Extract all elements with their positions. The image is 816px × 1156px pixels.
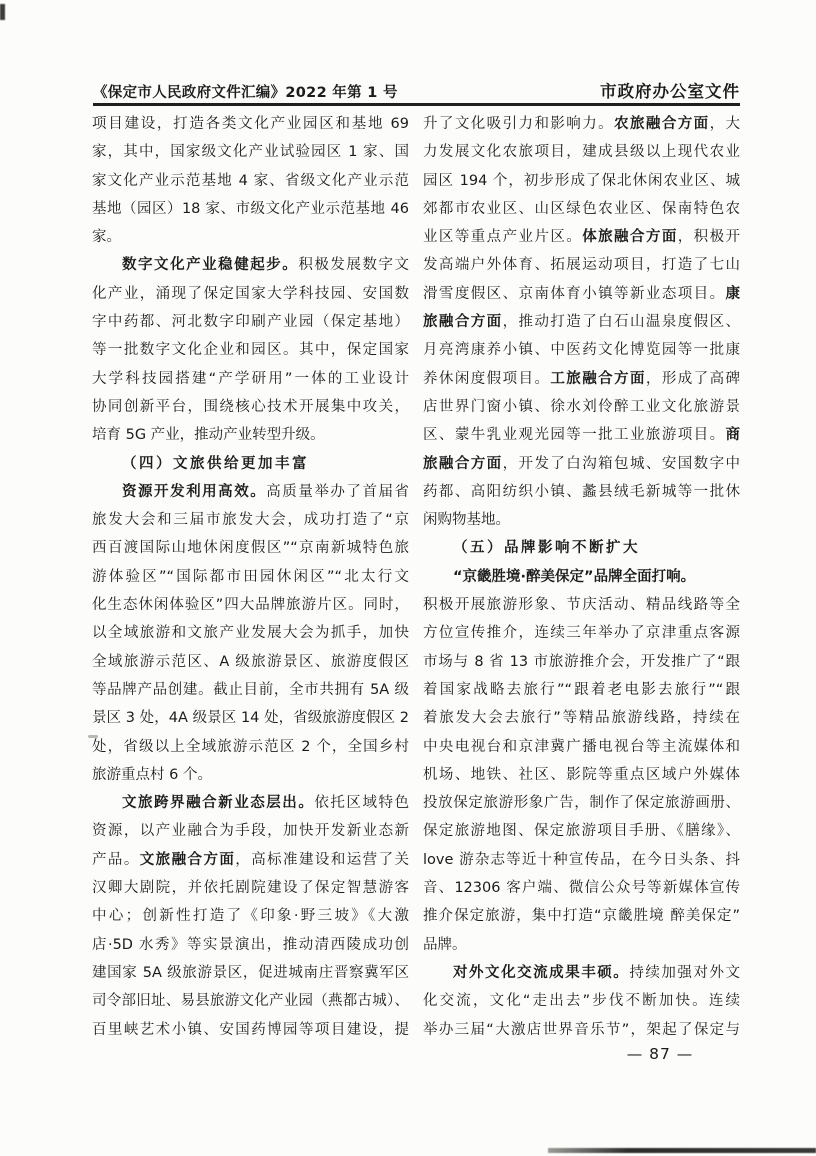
text-segment: 旅发大会和三届市旅发大会，成功打造了“京 (92, 512, 409, 528)
text-segment: 化生态休闲体验区”四大品牌旅游片区。同时， (92, 597, 409, 613)
right-column: 升了文化吸引力和影响力。农旅融合方面，大力发展文化农旅项目，建成县级以上现代农业… (423, 110, 740, 1044)
text-segment: 机场、地铁、社区、影院等重点区域户外媒体 (423, 767, 740, 783)
text-segment: 处，省级以上全域旅游示范区 2 个，全国乡村 (92, 739, 409, 755)
bold-text-segment: 康 (726, 286, 741, 302)
text-line: 投放保定旅游形象广告，制作了保定旅游画册、 (423, 789, 740, 817)
text-segment: 高质量举办了首届省 (266, 484, 409, 500)
text-line: 旅融合方面，推动打造了白石山温泉度假区、 (423, 308, 740, 336)
text-line: 景区 3 处，4A 级景区 14 处，省级旅游度假区 2 (92, 704, 409, 732)
text-line: 中央电视台和京津冀广播电视台等主流媒体和 (423, 733, 740, 761)
text-segment: 投放保定旅游形象广告，制作了保定旅游画册、 (423, 795, 740, 811)
text-line: 培育 5G 产业，推动产业转型升级。 (92, 421, 409, 449)
bold-text-segment: 农旅融合方面 (614, 116, 710, 132)
text-line: 升了文化吸引力和影响力。农旅融合方面，大 (423, 110, 740, 138)
text-segment: 化交流，文化“走出去”步伐不断加快。连续 (423, 993, 740, 1009)
scan-edge-artifact (548, 1148, 816, 1153)
text-line: 资源，以产业融合为手段，加快开发新业态新 (92, 817, 409, 845)
text-line: 百里峡艺术小镇、安国药博园等项目建设，提 (92, 1016, 409, 1044)
page-number: — 87 — (599, 1040, 721, 1068)
text-segment: 等品牌产品创建。截止目前，全市共拥有 5A 级 (92, 682, 409, 698)
text-segment: 市场与 8 省 13 市旅游推介会，开发推广了“跟 (423, 654, 740, 670)
text-segment: ，高标准建设和运营了关 (235, 852, 409, 868)
text-segment: 业区等重点产业片区。 (423, 229, 582, 245)
text-segment: 培育 5G 产业，推动产业转型升级。 (92, 427, 325, 443)
text-line: 等品牌产品创建。截止目前，全市共拥有 5A 级 (92, 676, 409, 704)
bold-text-segment: 体旅融合方面 (582, 229, 678, 245)
text-segment: 积极开展旅游形象、节庆活动、精品线路等全 (423, 597, 740, 613)
text-line: 方位宣传推介，连续三年举办了京津重点客源 (423, 619, 740, 647)
bold-text-segment: “京畿胜境·醉美保定”品牌全面打响。 (453, 569, 695, 585)
text-segment: 中央电视台和京津冀广播电视台等主流媒体和 (423, 739, 740, 755)
text-line: 处，省级以上全域旅游示范区 2 个，全国乡村 (92, 733, 409, 761)
text-segment: 品牌。 (423, 937, 467, 953)
text-segment: 项目建设，打造各类文化产业园区和基地 69 (92, 116, 409, 132)
text-segment: 字中药都、河北数字印刷产业园（保定基地） (92, 314, 409, 330)
text-line: 音、12306 客户端、微信公众号等新媒体宣传 (423, 874, 740, 902)
text-line: love 游杂志等近十种宣传品，在今日头条、抖 (423, 846, 740, 874)
text-segment: 园区 194 个，初步形成了保北休闲农业区、城 (423, 173, 740, 189)
text-line: 旅融合方面，开发了白沟箱包城、安国数字中 (423, 450, 740, 478)
text-segment: ，积极开 (678, 229, 740, 245)
text-line: 协同创新平台，围绕核心技术开展集中攻关， (92, 393, 409, 421)
text-segment: 举办三届“大激店世界音乐节”，架起了保定与 (423, 1022, 740, 1038)
text-line: 化交流，文化“走出去”步伐不断加快。连续 (423, 987, 740, 1015)
text-line: 产品。文旅融合方面，高标准建设和运营了关 (92, 846, 409, 874)
bold-text-segment: 商 (726, 427, 741, 443)
text-segment: ，形成了高碑 (646, 371, 740, 387)
text-line: 汉卿大剧院，并依托剧院建设了保定智慧游客 (92, 874, 409, 902)
text-segment: 家。 (92, 229, 121, 245)
text-segment: 产品。 (92, 852, 140, 868)
document-page: 《保定市人民政府文件汇编》2022 年第 1 号 市政府办公室文件 项目建设，打… (0, 0, 816, 1156)
text-line: 郊都市农业区、山区绿色农业区、保南特色农 (423, 195, 740, 223)
text-line: 推介保定旅游，集中打造“京畿胜境 醉美保定” (423, 902, 740, 930)
text-segment: 养休闲度假项目。 (423, 371, 550, 387)
two-column-body: 项目建设，打造各类文化产业园区和基地 69家，其中，国家级文化产业试验园区 1 … (92, 110, 740, 1044)
text-segment: 保定旅游地图、保定旅游项目手册、《膳缘》、 (423, 823, 740, 839)
text-segment: 汉卿大剧院，并依托剧院建设了保定智慧游客 (92, 880, 409, 896)
text-line: 司令部旧址、易县旅游文化产业园（燕都古城）、 (92, 987, 409, 1015)
text-segment: 景区 3 处，4A 级景区 14 处，省级旅游度假区 2 (92, 710, 409, 726)
text-line: 对外文化交流成果丰硕。持续加强对外文 (423, 959, 740, 987)
text-segment: 以全域旅游和文旅产业发展大会为抓手，加快 (92, 625, 409, 641)
text-line: “京畿胜境·醉美保定”品牌全面打响。 (423, 563, 740, 591)
text-segment: 资源，以产业融合为手段，加快开发新业态新 (92, 823, 409, 839)
bold-text-segment: 文旅融合方面 (140, 852, 236, 868)
text-segment: 西百渡国际山地休闲度假区”“京南新城特色旅 (92, 540, 409, 556)
bold-text-segment: 对外文化交流成果丰硕。 (453, 965, 629, 981)
text-segment: 旅游重点村 6 个。 (92, 767, 212, 783)
bold-text-segment: 旅融合方面 (423, 314, 503, 330)
text-segment: 百里峡艺术小镇、安国药博园等项目建设，提 (92, 1022, 409, 1038)
text-line: 基地（园区）18 家、市级文化产业示范基地 46 (92, 195, 409, 223)
text-segment: 推介保定旅游，集中打造“京畿胜境 醉美保定” (423, 908, 740, 924)
text-segment: 游体验区”“国际都市田园休闲区”“北太行文 (92, 569, 409, 585)
text-segment: 基地（园区）18 家、市级文化产业示范基地 46 (92, 201, 409, 217)
text-segment: 店世界门窗小镇、徐水刘伶醉工业文化旅游景 (423, 399, 740, 415)
bold-text-segment: 数字文化产业稳健起步。 (122, 257, 298, 273)
scan-corner-artifact (0, 4, 5, 20)
text-line: 市场与 8 省 13 市旅游推介会，开发推广了“跟 (423, 648, 740, 676)
text-segment: ，开发了白沟箱包城、安国数字中 (503, 456, 740, 472)
bold-text-segment: 资源开发利用高效。 (122, 484, 266, 500)
text-segment: 方位宣传推介，连续三年举办了京津重点客源 (423, 625, 740, 641)
header-compilation-title: 《保定市人民政府文件汇编》2022 年第 1 号 (93, 81, 398, 102)
text-line: （五）品牌影响不断扩大 (423, 534, 740, 562)
text-line: 积极开展旅游形象、节庆活动、精品线路等全 (423, 591, 740, 619)
text-line: 家文化产业示范基地 4 家、省级文化产业示范 (92, 167, 409, 195)
bold-text-segment: 工旅融合方面 (550, 371, 646, 387)
text-line: 园区 194 个，初步形成了保北休闲农业区、城 (423, 167, 740, 195)
text-line: 发高端户外体育、拓展运动项目，打造了七山 (423, 251, 740, 279)
text-segment: 协同创新平台，围绕核心技术开展集中攻关， (92, 399, 409, 415)
text-segment: 家文化产业示范基地 4 家、省级文化产业示范 (92, 173, 409, 189)
text-line: 滑雪度假区、京南体育小镇等新业态项目。康 (423, 280, 740, 308)
text-segment: 大学科技园搭建“产学研用”一体的工业设计 (92, 371, 409, 387)
text-segment: 滑雪度假区、京南体育小镇等新业态项目。 (423, 286, 726, 302)
text-line: 保定旅游地图、保定旅游项目手册、《膳缘》、 (423, 817, 740, 845)
text-line: 旅游重点村 6 个。 (92, 761, 409, 789)
text-segment: 积极发展数字文 (298, 257, 409, 273)
text-segment: ，推动打造了白石山温泉度假区、 (503, 314, 740, 330)
text-line: 品牌。 (423, 931, 740, 959)
text-line: 店·5D 水秀》等实景演出，推动清西陵成功创 (92, 931, 409, 959)
text-line: 数字文化产业稳健起步。积极发展数字文 (92, 251, 409, 279)
bold-text-segment: （四）文旅供给更加丰富 (122, 455, 309, 472)
text-segment: 音、12306 客户端、微信公众号等新媒体宣传 (423, 880, 740, 896)
text-segment: 着国家战略去旅行”“跟着老电影去旅行”“跟 (423, 682, 740, 698)
text-line: 着国家战略去旅行”“跟着老电影去旅行”“跟 (423, 676, 740, 704)
text-segment: 升了文化吸引力和影响力。 (423, 116, 614, 132)
text-line: 资源开发利用高效。高质量举办了首届省 (92, 478, 409, 506)
text-line: 化产业，涌现了保定国家大学科技园、安国数 (92, 280, 409, 308)
text-line: 文旅跨界融合新业态层出。依托区域特色 (92, 789, 409, 817)
text-segment: 发高端户外体育、拓展运动项目，打造了七山 (423, 257, 740, 273)
text-line: 药都、高阳纺织小镇、蠡县绒毛新城等一批休 (423, 478, 740, 506)
text-segment: 店·5D 水秀》等实景演出，推动清西陵成功创 (92, 937, 409, 953)
text-segment: 家，其中，国家级文化产业试验园区 1 家、国 (92, 144, 409, 160)
bold-text-segment: 文旅跨界融合新业态层出。 (122, 795, 314, 811)
text-segment: 药都、高阳纺织小镇、蠡县绒毛新城等一批休 (423, 484, 740, 500)
text-line: 中心；创新性打造了《印象·野三坡》《大激 (92, 902, 409, 930)
text-segment: 力发展文化农旅项目，建成县级以上现代农业 (423, 144, 740, 160)
text-line: 家。 (92, 223, 409, 251)
text-segment: ，大 (710, 116, 740, 132)
text-segment: 区、蒙牛乳业观光园等一批工业旅游项目。 (423, 427, 726, 443)
text-line: 建国家 5A 级旅游景区，促进城南庄晋察冀军区 (92, 959, 409, 987)
text-segment: 全域旅游示范区、A 级旅游景区、旅游度假区 (92, 654, 409, 670)
bold-text-segment: 旅融合方面 (423, 456, 503, 472)
text-line: 养休闲度假项目。工旅融合方面，形成了高碑 (423, 365, 740, 393)
text-line: 家，其中，国家级文化产业试验园区 1 家、国 (92, 138, 409, 166)
text-segment: 依托区域特色 (314, 795, 409, 811)
text-line: 旅发大会和三届市旅发大会，成功打造了“京 (92, 506, 409, 534)
text-line: 以全域旅游和文旅产业发展大会为抓手，加快 (92, 619, 409, 647)
text-segment: 司令部旧址、易县旅游文化产业园（燕都古城）、 (92, 993, 409, 1009)
text-segment: 着旅发大会去旅行”等精品旅游线路，持续在 (423, 710, 740, 726)
text-line: 全域旅游示范区、A 级旅游景区、旅游度假区 (92, 648, 409, 676)
text-segment: 化产业，涌现了保定国家大学科技园、安国数 (92, 286, 409, 302)
text-line: 力发展文化农旅项目，建成县级以上现代农业 (423, 138, 740, 166)
text-line: 字中药都、河北数字印刷产业园（保定基地） (92, 308, 409, 336)
header-doc-category: 市政府办公室文件 (600, 78, 740, 102)
text-line: 化生态休闲体验区”四大品牌旅游片区。同时， (92, 591, 409, 619)
text-line: 机场、地铁、社区、影院等重点区域户外媒体 (423, 761, 740, 789)
text-line: 大学科技园搭建“产学研用”一体的工业设计 (92, 365, 409, 393)
text-line: 月亮湾康养小镇、中医药文化博览园等一批康 (423, 336, 740, 364)
text-segment: 建国家 5A 级旅游景区，促进城南庄晋察冀军区 (92, 965, 409, 981)
text-line: 区、蒙牛乳业观光园等一批工业旅游项目。商 (423, 421, 740, 449)
text-line: 西百渡国际山地休闲度假区”“京南新城特色旅 (92, 534, 409, 562)
text-line: 项目建设，打造各类文化产业园区和基地 69 (92, 110, 409, 138)
text-line: 游体验区”“国际都市田园休闲区”“北太行文 (92, 563, 409, 591)
text-segment: 月亮湾康养小镇、中医药文化博览园等一批康 (423, 342, 740, 358)
page-header: 《保定市人民政府文件汇编》2022 年第 1 号 市政府办公室文件 (93, 78, 740, 102)
text-segment: 持续加强对外文 (629, 965, 740, 981)
bold-text-segment: （五）品牌影响不断扩大 (453, 539, 640, 556)
header-rule (93, 103, 740, 106)
text-segment: 等一批数字文化企业和园区。其中，保定国家 (92, 342, 409, 358)
text-segment: 闲购物基地。 (423, 512, 510, 528)
text-line: （四）文旅供给更加丰富 (92, 450, 409, 478)
text-segment: love 游杂志等近十种宣传品，在今日头条、抖 (423, 852, 740, 868)
text-line: 着旅发大会去旅行”等精品旅游线路，持续在 (423, 704, 740, 732)
text-line: 店世界门窗小镇、徐水刘伶醉工业文化旅游景 (423, 393, 740, 421)
text-line: 闲购物基地。 (423, 506, 740, 534)
text-line: 业区等重点产业片区。体旅融合方面，积极开 (423, 223, 740, 251)
left-column: 项目建设，打造各类文化产业园区和基地 69家，其中，国家级文化产业试验园区 1 … (92, 110, 409, 1044)
scan-speck-artifact (88, 735, 98, 738)
text-segment: 郊都市农业区、山区绿色农业区、保南特色农 (423, 201, 740, 217)
text-segment: 中心；创新性打造了《印象·野三坡》《大激 (92, 908, 409, 924)
text-line: 等一批数字文化企业和园区。其中，保定国家 (92, 336, 409, 364)
